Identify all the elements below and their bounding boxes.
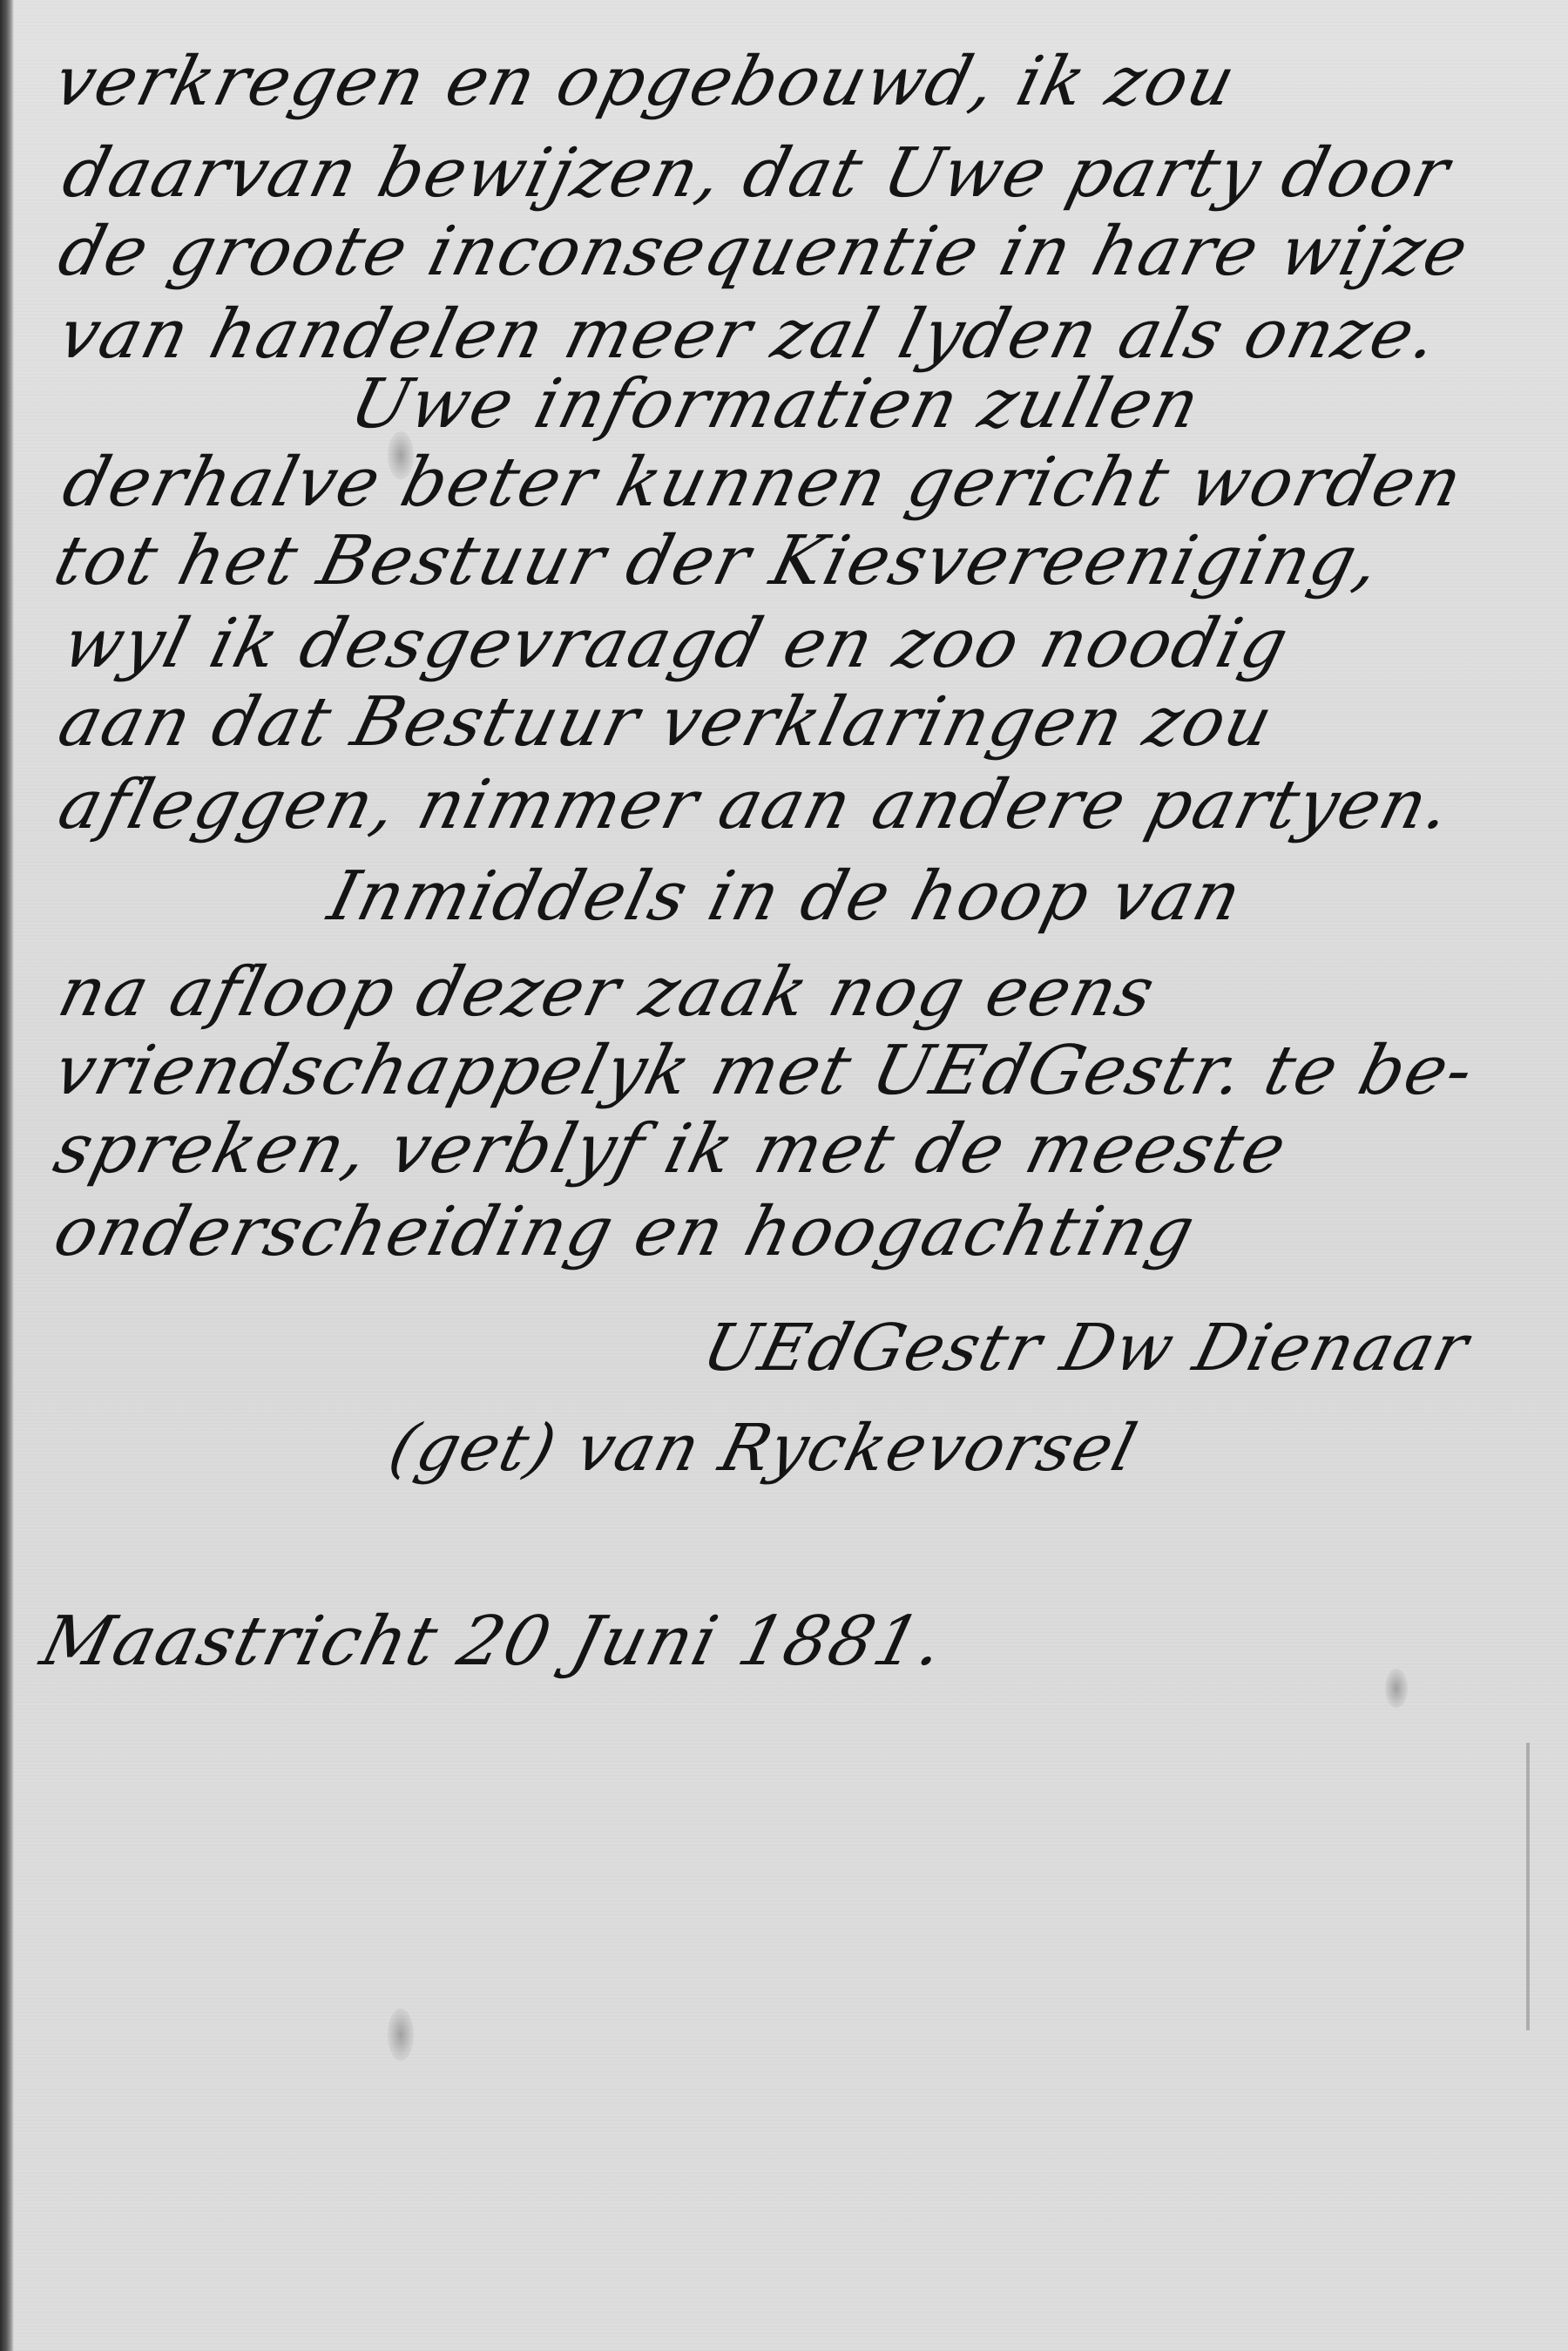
letter-line: vriendschappelyk met UEdGestr. te be-	[48, 1037, 1481, 1105]
letter-line: spreken, verblyf ik met de meeste	[48, 1115, 1294, 1183]
letter-line: onderscheiding en hoogachting	[48, 1198, 1202, 1266]
letter-line: daarvan bewijzen, dat Uwe party door	[57, 139, 1456, 207]
ink-stain	[388, 2009, 414, 2061]
ink-stain	[1385, 1669, 1408, 1708]
letter-line: Uwe informatien zullen	[344, 370, 1207, 438]
signature: (get) van Ryckevorsel	[383, 1416, 1144, 1480]
letter-line: van handelen meer zal lyden als onze.	[52, 301, 1446, 369]
letter-line: tot het Bestuur der Kiesvereeniging,	[48, 527, 1388, 595]
letter-line: verkregen en opgebouwd, ik zou	[48, 48, 1243, 116]
letter-line: wyl ik desgevraagd en zoo noodig	[57, 610, 1295, 678]
letter-page: verkregen en opgebouwd, ik zou daarvan b…	[0, 0, 1568, 2351]
letter-line: de groote inconsequentie in hare wijze	[52, 218, 1476, 286]
letter-line: aan dat Bestuur verklaringen zou	[52, 688, 1281, 756]
closing-salutation: UEdGestr Dw Dienaar	[697, 1316, 1476, 1380]
place-date: Maastricht 20 Juni 1881.	[35, 1608, 952, 1676]
letter-line: na afloop dezer zaak nog eens	[52, 959, 1162, 1026]
binding-edge	[0, 0, 14, 2351]
paper-crease	[1526, 1743, 1530, 2030]
letter-line: derhalve beter kunnen gericht worden	[57, 449, 1470, 517]
letter-line: Inmiddels in de hoop van	[322, 863, 1249, 931]
letter-line: afleggen, nimmer aan andere partyen.	[52, 771, 1459, 839]
